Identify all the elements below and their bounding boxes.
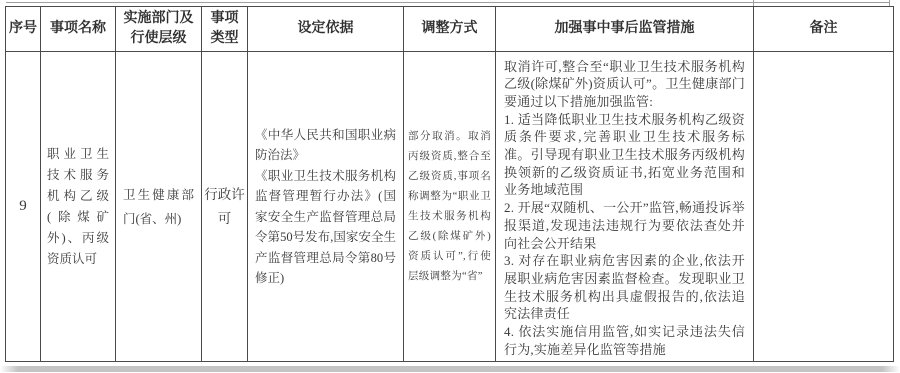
table-header-row: 序号 事项名称 实施部门及行使层级 事项类型 设定依据 调整方式 加强事中事后监…: [6, 7, 894, 52]
header-adjustment: 调整方式: [404, 7, 496, 52]
header-supervision: 加强事中事后监管措施: [496, 7, 754, 52]
table-row: 9 职业卫生技术服务机构乙级(除煤矿外)、丙级资质认可 卫生健康部门(省、州) …: [6, 52, 894, 362]
cell-department: 卫生健康部门(省、州): [116, 52, 202, 362]
header-remarks: 备注: [754, 7, 894, 52]
cell-item-type: 行政许可: [202, 52, 248, 362]
cell-remarks: [754, 52, 894, 362]
header-basis: 设定依据: [248, 7, 404, 52]
cell-item-name: 职业卫生技术服务机构乙级(除煤矿外)、丙级资质认可: [41, 52, 116, 362]
header-item-name: 事项名称: [41, 7, 116, 52]
cutoff-row-divider: [6, 2, 890, 3]
page-bottom-shadow: [0, 366, 900, 372]
header-department: 实施部门及行使层级: [116, 7, 202, 52]
cell-adjustment: 部分取消。取消丙级资质,整合至乙级资质,事项名称调整为“职业卫生技术服务机构乙级…: [404, 52, 496, 362]
cell-supervision: 取消许可,整合至“职业卫生技术服务机构乙级(除煤矿外)资质认可”。卫生健康部门要…: [496, 52, 754, 362]
cell-basis: 《中华人民共和国职业病防治法》 《职业卫生技术服务机构监督管理暂行办法》(国家安…: [248, 52, 404, 362]
header-item-type: 事项类型: [202, 7, 248, 52]
header-seq: 序号: [6, 7, 41, 52]
cell-seq: 9: [6, 52, 41, 362]
approval-items-table: 序号 事项名称 实施部门及行使层级 事项类型 设定依据 调整方式 加强事中事后监…: [5, 6, 894, 362]
